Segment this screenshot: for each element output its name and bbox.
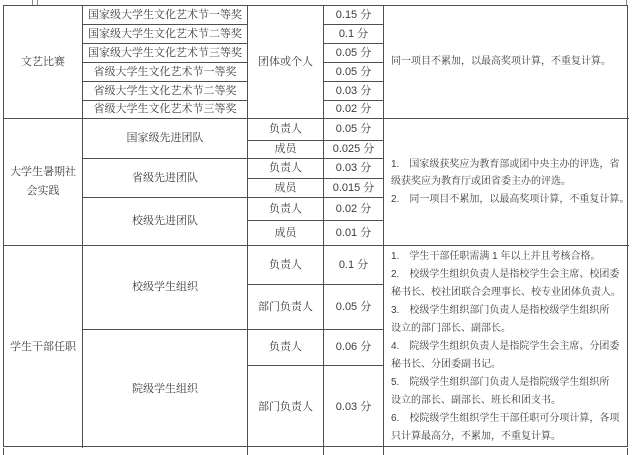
role-cell: 成员 [248,141,324,159]
score-cell: 0.02 分 [324,101,384,119]
award-name-cell: 国家级大学生文化艺术节三等奖 [83,44,248,63]
notes-cell-student-cadre: 1. 学生干部任职需满 1 年以上并且考核合格。 2. 校级学生组织负责人是指校… [384,246,629,448]
role-cell: 负责人 [248,119,324,141]
award-name-cell: 省级大学生文化艺术节三等奖 [83,101,248,119]
role-cell: 部门负责人 [248,366,324,448]
category-cell-arts-competition: 文艺比赛 [4,6,83,119]
note-line: 只计算最高分，不累加，不重复计算。 [391,428,561,446]
role-cell: 负责人 [248,246,324,285]
score-cell: 0.1 分 [324,25,384,44]
note-line: 设立的部长、副部长、班长和团支书。 [391,392,561,410]
role-cell: 成员 [248,179,324,198]
clipped-row-border-fragment [627,448,628,455]
score-cell: 0.03 分 [324,82,384,101]
team-name-cell: 国家级先进团队 [83,119,248,159]
note-line: 3. 校级学生组织部门负责人是指校级学生组织所 [391,302,609,320]
role-cell: 负责人 [248,198,324,221]
note-line: 设立的部门部长、副部长。 [391,320,511,338]
award-name-cell: 国家级大学生文化艺术节二等奖 [83,25,248,44]
note-line: 2. 同一项目不累加，以最高奖项计算，不重复计算。 [391,191,629,209]
org-name-cell: 院级学生组织 [83,330,248,448]
category-cell-student-cadre: 学生干部任职 [4,246,83,448]
document-page: 文艺比赛 国家级大学生文化艺术节一等奖 国家级大学生文化艺术节二等奖 国家级大学… [0,0,640,455]
role-cell: 部门负责人 [248,285,324,330]
clipped-row-border-fragment [323,448,324,455]
note-line: 1. 学生干部任职需满 1 年以上并且考核合格。 [391,248,600,266]
note-line: 级获奖应为教育厅或团省委主办的评选。 [391,173,571,191]
note-line: 5. 院级学生组织部门负责人是指院级学生组织所 [391,374,609,392]
note-line: 同一项目不累加，以最高奖项计算，不重复计算。 [391,55,611,69]
score-cell: 0.05 分 [324,285,384,330]
notes-cell-summer-practice: 1. 国家级获奖应为教育部或团中央主办的评选，省 级获奖应为教育厅或团省委主办的… [384,119,629,246]
award-name-cell: 省级大学生文化艺术节二等奖 [83,82,248,101]
score-cell: 0.05 分 [324,119,384,141]
scoring-rules-table: 文艺比赛 国家级大学生文化艺术节一等奖 国家级大学生文化艺术节二等奖 国家级大学… [3,5,628,447]
note-line: 1. 国家级获奖应为教育部或团中央主办的评选，省 [391,156,619,174]
org-name-cell: 校级学生组织 [83,246,248,330]
clipped-row-border-fragment [3,448,4,455]
note-line: 6. 校院级学生组织学生干部任职可分项计算，各项 [391,410,619,428]
role-cell: 成员 [248,221,324,246]
clipped-row-border-fragment [247,448,248,455]
score-cell: 0.15 分 [324,6,384,25]
award-name-cell: 国家级大学生文化艺术节一等奖 [83,6,248,25]
note-line: 秘书长、分团委副书记。 [391,356,501,374]
role-cell: 负责人 [248,159,324,179]
note-line: 2. 校级学生组织负责人是指校学生会主席、校团委 [391,266,619,284]
team-name-cell: 校级先进团队 [83,198,248,246]
note-line: 4. 院级学生组织负责人是指院学生会主席、分团委 [391,338,619,356]
score-cell: 0.02 分 [324,198,384,221]
role-cell-group-or-individual: 团体或个人 [248,6,324,119]
score-cell: 0.01 分 [324,221,384,246]
category-cell-summer-practice: 大学生暑期社会实践 [4,119,83,246]
score-cell: 0.015 分 [324,179,384,198]
score-cell: 0.03 分 [324,366,384,448]
score-cell: 0.03 分 [324,159,384,179]
award-name-cell: 省级大学生文化艺术节一等奖 [83,63,248,82]
score-cell: 0.05 分 [324,63,384,82]
role-cell: 负责人 [248,330,324,366]
score-cell: 0.025 分 [324,141,384,159]
clipped-row-border-fragment [383,448,384,455]
score-cell: 0.1 分 [324,246,384,285]
team-name-cell: 省级先进团队 [83,159,248,198]
score-cell: 0.06 分 [324,330,384,366]
notes-cell-arts: 同一项目不累加，以最高奖项计算，不重复计算。 [384,6,629,119]
score-cell: 0.05 分 [324,44,384,63]
note-line: 秘书长、校社团联合会理事长、校专业团体负责人。 [391,284,621,302]
